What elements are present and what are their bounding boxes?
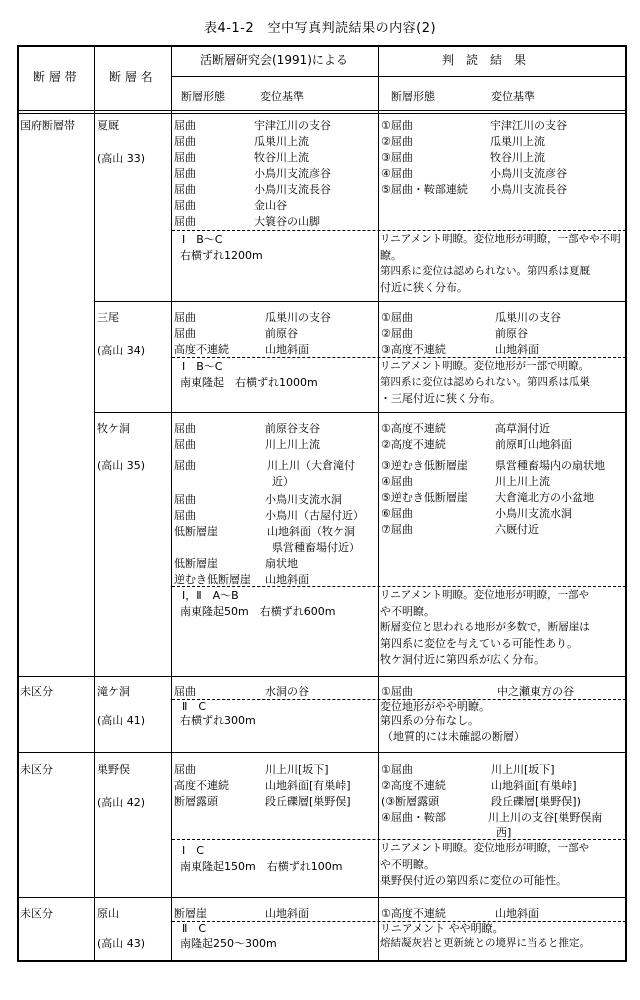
result-form: ①屈曲 bbox=[381, 118, 413, 133]
research-form: 屈曲 bbox=[174, 508, 196, 523]
result-form: ①屈曲 bbox=[381, 684, 413, 699]
result-form: ①屈曲 bbox=[381, 310, 413, 325]
research-form: 断層崖 bbox=[174, 906, 207, 921]
research-form: 高度不連続 bbox=[174, 342, 229, 357]
result-basis: 川上川の支谷[巣野俣南 bbox=[488, 810, 602, 825]
research-form: 屈曲 bbox=[174, 150, 196, 165]
result-form: ②屈曲 bbox=[381, 134, 413, 149]
research-basis: 川上川上流 bbox=[265, 437, 320, 452]
dashed-divider bbox=[172, 586, 626, 587]
fault-name-cell: 滝ケ洞 bbox=[97, 684, 130, 699]
research-form: 低断層崖 bbox=[174, 556, 218, 571]
result-note: 瞭。 bbox=[380, 248, 402, 263]
research-note: 右横ずれ300m bbox=[180, 713, 256, 728]
research-form: 屈曲 bbox=[174, 214, 196, 229]
research-basis: 大簑谷の山脚 bbox=[254, 214, 320, 229]
result-form: ①高度不連続 bbox=[381, 906, 446, 921]
result-form: ③高度不連続 bbox=[381, 342, 446, 357]
research-basis: 水洞の谷 bbox=[265, 684, 309, 699]
result-basis: 中之瀬東方の谷 bbox=[497, 684, 574, 699]
research-basis: 小鳥川支流彦谷 bbox=[254, 166, 331, 181]
research-note: Ⅰ B～C bbox=[182, 359, 222, 374]
research-note: 右横ずれ1200m bbox=[180, 248, 263, 263]
result-note: 第四系に変位は認められない。第四系は夏厩 bbox=[380, 264, 590, 279]
research-form: 屈曲 bbox=[174, 437, 196, 452]
result-note: 第四系に変位を与えている可能性あり。 bbox=[380, 636, 578, 651]
research-basis: 前原谷 bbox=[265, 326, 298, 341]
result-basis: 川上川[坂下] bbox=[491, 762, 555, 777]
result-note: リニアメント明瞭。変位地形が明瞭，一部や bbox=[380, 841, 589, 856]
research-note: Ⅱ C bbox=[182, 699, 206, 714]
research-note: 南東隆起150m 右横ずれ100m bbox=[180, 859, 342, 874]
research-basis: 県営種畜場付近） bbox=[272, 540, 360, 555]
research-basis: 牧谷川上流 bbox=[254, 150, 309, 165]
result-note: 巣野俣付近の第四系に変位の可能性。 bbox=[380, 873, 567, 888]
result-note: や不明瞭。 bbox=[380, 604, 435, 619]
result-basis: 段丘礫層[巣野俣]) bbox=[491, 794, 581, 809]
result-form: ④屈曲 bbox=[381, 474, 413, 489]
result-basis: 六厩付近 bbox=[495, 522, 539, 537]
research-form: 断層露頭 bbox=[174, 794, 218, 809]
result-basis: 小鳥川支流水洞 bbox=[495, 506, 572, 521]
result-note: ・三尾付近に狭く分布。 bbox=[380, 391, 501, 406]
research-note: 南東隆起50m 右横ずれ600m bbox=[180, 604, 335, 619]
result-note: （地質的には未確認の断層） bbox=[382, 729, 525, 744]
row-divider bbox=[95, 301, 626, 302]
research-basis: 小鳥川（古屋付近） bbox=[265, 508, 364, 523]
result-basis: 大倉滝北方の小盆地 bbox=[495, 490, 594, 505]
header-divider bbox=[171, 76, 626, 77]
result-basis: 県営種畜場内の扇状地 bbox=[495, 458, 605, 473]
result-form: ①高度不連続 bbox=[381, 421, 446, 436]
fault-zone-cell: 未区分 bbox=[20, 684, 53, 699]
result-basis: 前原谷 bbox=[495, 326, 528, 341]
result-form: ⑥屈曲 bbox=[381, 506, 413, 521]
research-note: 南隆起250～300m bbox=[180, 936, 277, 951]
result-basis: 小鳥川支流長谷 bbox=[490, 182, 567, 197]
research-basis: 川上川[坂下] bbox=[265, 762, 329, 777]
fault-zone-cell: 未区分 bbox=[20, 906, 53, 921]
result-form: ③屈曲 bbox=[381, 150, 413, 165]
research-form: 屈曲 bbox=[174, 118, 196, 133]
col-divider bbox=[171, 46, 172, 961]
research-note: Ⅱ C bbox=[182, 921, 206, 936]
result-note: リニアメント明瞭。変位地形が明瞭，一部やや不明 bbox=[380, 232, 621, 247]
result-note: リニアメント明瞭。変位地形が明瞭，一部や bbox=[380, 588, 589, 603]
fault-name-cell: 原山 bbox=[97, 906, 119, 921]
result-form: ①屈曲 bbox=[381, 762, 413, 777]
research-form: 屈曲 bbox=[174, 182, 196, 197]
fault-name-cell: 三尾 bbox=[97, 310, 119, 325]
result-note: 熔結凝灰岩と更新統との境界に当ると推定。 bbox=[380, 936, 590, 951]
fault-name-cell: 牧ケ洞 bbox=[97, 421, 130, 436]
research-form: 低断層崖 bbox=[174, 524, 218, 539]
row-divider bbox=[18, 752, 626, 753]
research-note: Ⅰ C bbox=[182, 843, 204, 858]
result-basis: 山地斜面 bbox=[495, 906, 539, 921]
research-form: 屈曲 bbox=[174, 458, 196, 473]
result-basis: 牧谷川上流 bbox=[490, 150, 545, 165]
result-form: ⑤屈曲・鞍部連続 bbox=[381, 182, 468, 197]
header-fault-zone: 断 層 帯 bbox=[33, 70, 77, 85]
research-basis: 金山谷 bbox=[254, 198, 287, 213]
research-note: Ⅰ B～C bbox=[182, 232, 222, 247]
research-basis: 山地斜面 bbox=[265, 906, 309, 921]
header-research-form: 断層形態 bbox=[181, 89, 225, 104]
research-form: 屈曲 bbox=[174, 326, 196, 341]
result-note: リニアメント やや明瞭。 bbox=[380, 921, 504, 936]
fault-code-cell: (高山 41) bbox=[97, 713, 145, 728]
research-form: 逆むき低断層崖 bbox=[174, 572, 251, 587]
result-note: 第四系の分布なし。 bbox=[380, 713, 479, 728]
result-form: ②高度不連続 bbox=[381, 778, 446, 793]
research-basis: 川上川（大倉滝付 bbox=[267, 458, 355, 473]
research-form: 屈曲 bbox=[174, 421, 196, 436]
header-result-basis: 変位基準 bbox=[491, 89, 535, 104]
result-basis: 山地斜面 bbox=[495, 342, 539, 357]
result-basis: 西] bbox=[496, 825, 511, 840]
header-bottom-line bbox=[18, 113, 626, 114]
research-basis: 山地斜面（牧ケ洞 bbox=[267, 524, 355, 539]
result-note: 変位地形がやや明瞭。 bbox=[380, 699, 490, 714]
result-basis: 前原町山地斜面 bbox=[495, 437, 572, 452]
result-basis: 小鳥川支流彦谷 bbox=[490, 166, 567, 181]
research-form: 屈曲 bbox=[174, 134, 196, 149]
research-basis: 山地斜面 bbox=[265, 342, 309, 357]
result-note: リニアメント明瞭。変位地形が一部で明瞭。 bbox=[380, 359, 589, 374]
result-form: ⑦屈曲 bbox=[381, 522, 413, 537]
research-note: 南東隆起 右横ずれ1000m bbox=[180, 375, 318, 390]
research-basis: 山地斜面[有巣峠] bbox=[265, 778, 351, 793]
research-basis: 小鳥川支流長谷 bbox=[254, 182, 331, 197]
result-basis: 山地斜面[有巣峠] bbox=[491, 778, 577, 793]
header-research-basis: 変位基準 bbox=[260, 89, 304, 104]
research-basis: 山地斜面 bbox=[265, 572, 309, 587]
research-basis: 瓜巣川上流 bbox=[254, 134, 309, 149]
row-divider bbox=[95, 412, 626, 413]
research-form: 屈曲 bbox=[174, 492, 196, 507]
result-note: 牧ケ洞付近に第四系が広く分布。 bbox=[380, 652, 545, 667]
research-form: 屈曲 bbox=[174, 198, 196, 213]
dashed-divider bbox=[172, 839, 626, 840]
result-basis: 高草洞付近 bbox=[495, 421, 550, 436]
result-note: 第四系に変位は認められない。第四系は瓜巣 bbox=[380, 375, 590, 390]
result-form: ⑤逆むき低断層崖 bbox=[381, 490, 468, 505]
research-basis: 近） bbox=[272, 474, 294, 489]
fault-zone-cell: 未区分 bbox=[20, 762, 53, 777]
dashed-divider bbox=[172, 230, 626, 231]
fault-code-cell: (高山 43) bbox=[97, 936, 145, 951]
dashed-divider bbox=[172, 357, 626, 358]
research-basis: 前原谷支谷 bbox=[265, 421, 320, 436]
col-divider bbox=[378, 46, 379, 961]
fault-code-cell: (高山 35) bbox=[97, 458, 145, 473]
research-form: 屈曲 bbox=[174, 684, 196, 699]
fault-code-cell: (高山 33) bbox=[97, 151, 145, 166]
row-divider bbox=[18, 676, 626, 677]
result-form: ④屈曲 bbox=[381, 166, 413, 181]
result-note: や不明瞭。 bbox=[380, 857, 435, 872]
research-basis: 段丘礫層[巣野俣] bbox=[265, 794, 351, 809]
research-basis: 瓜巣川の支谷 bbox=[265, 310, 331, 325]
header-bottom-line bbox=[18, 110, 626, 111]
fault-code-cell: (高山 42) bbox=[97, 795, 145, 810]
research-basis: 小鳥川支流水洞 bbox=[265, 492, 342, 507]
header-fault-name: 断 層 名 bbox=[109, 70, 153, 85]
result-basis: 瓜巣川上流 bbox=[490, 134, 545, 149]
fault-zone-cell: 国府断層帯 bbox=[20, 118, 75, 133]
result-basis: 川上川上流 bbox=[495, 474, 550, 489]
research-form: 屈曲 bbox=[174, 166, 196, 181]
research-form: 屈曲 bbox=[174, 310, 196, 325]
result-note: 断層変位と思われる地形が多数で，断層崖は bbox=[380, 620, 590, 635]
result-basis: 瓜巣川の支谷 bbox=[495, 310, 561, 325]
research-note: Ⅰ，Ⅱ A～B bbox=[182, 588, 239, 603]
result-form: ②屈曲 bbox=[381, 326, 413, 341]
result-form: ④屈曲・鞍部 bbox=[381, 810, 446, 825]
table-title: 表4-1-2 空中写真判読結果の内容(2) bbox=[0, 17, 640, 36]
research-basis: 扇状地 bbox=[265, 556, 298, 571]
header-research-group: 活断層研究会(1991)による bbox=[200, 53, 348, 68]
fault-name-cell: 夏厩 bbox=[97, 118, 119, 133]
research-form: 高度不連続 bbox=[174, 778, 229, 793]
result-note: 付近に狭く分布。 bbox=[380, 280, 468, 295]
result-form: ②高度不連続 bbox=[381, 437, 446, 452]
row-divider bbox=[18, 897, 626, 898]
header-result-form: 断層形態 bbox=[391, 89, 435, 104]
result-basis: 宇津江川の支谷 bbox=[490, 118, 567, 133]
research-form: 屈曲 bbox=[174, 762, 196, 777]
research-basis: 宇津江川の支谷 bbox=[254, 118, 331, 133]
result-form: (③断層露頭 bbox=[381, 794, 439, 809]
header-result-group: 判 読 結 果 bbox=[442, 53, 526, 68]
fault-code-cell: (高山 34) bbox=[97, 343, 145, 358]
result-form: ③逆むき低断層崖 bbox=[381, 458, 468, 473]
col-divider bbox=[94, 46, 95, 961]
fault-name-cell: 巣野俣 bbox=[97, 762, 130, 777]
